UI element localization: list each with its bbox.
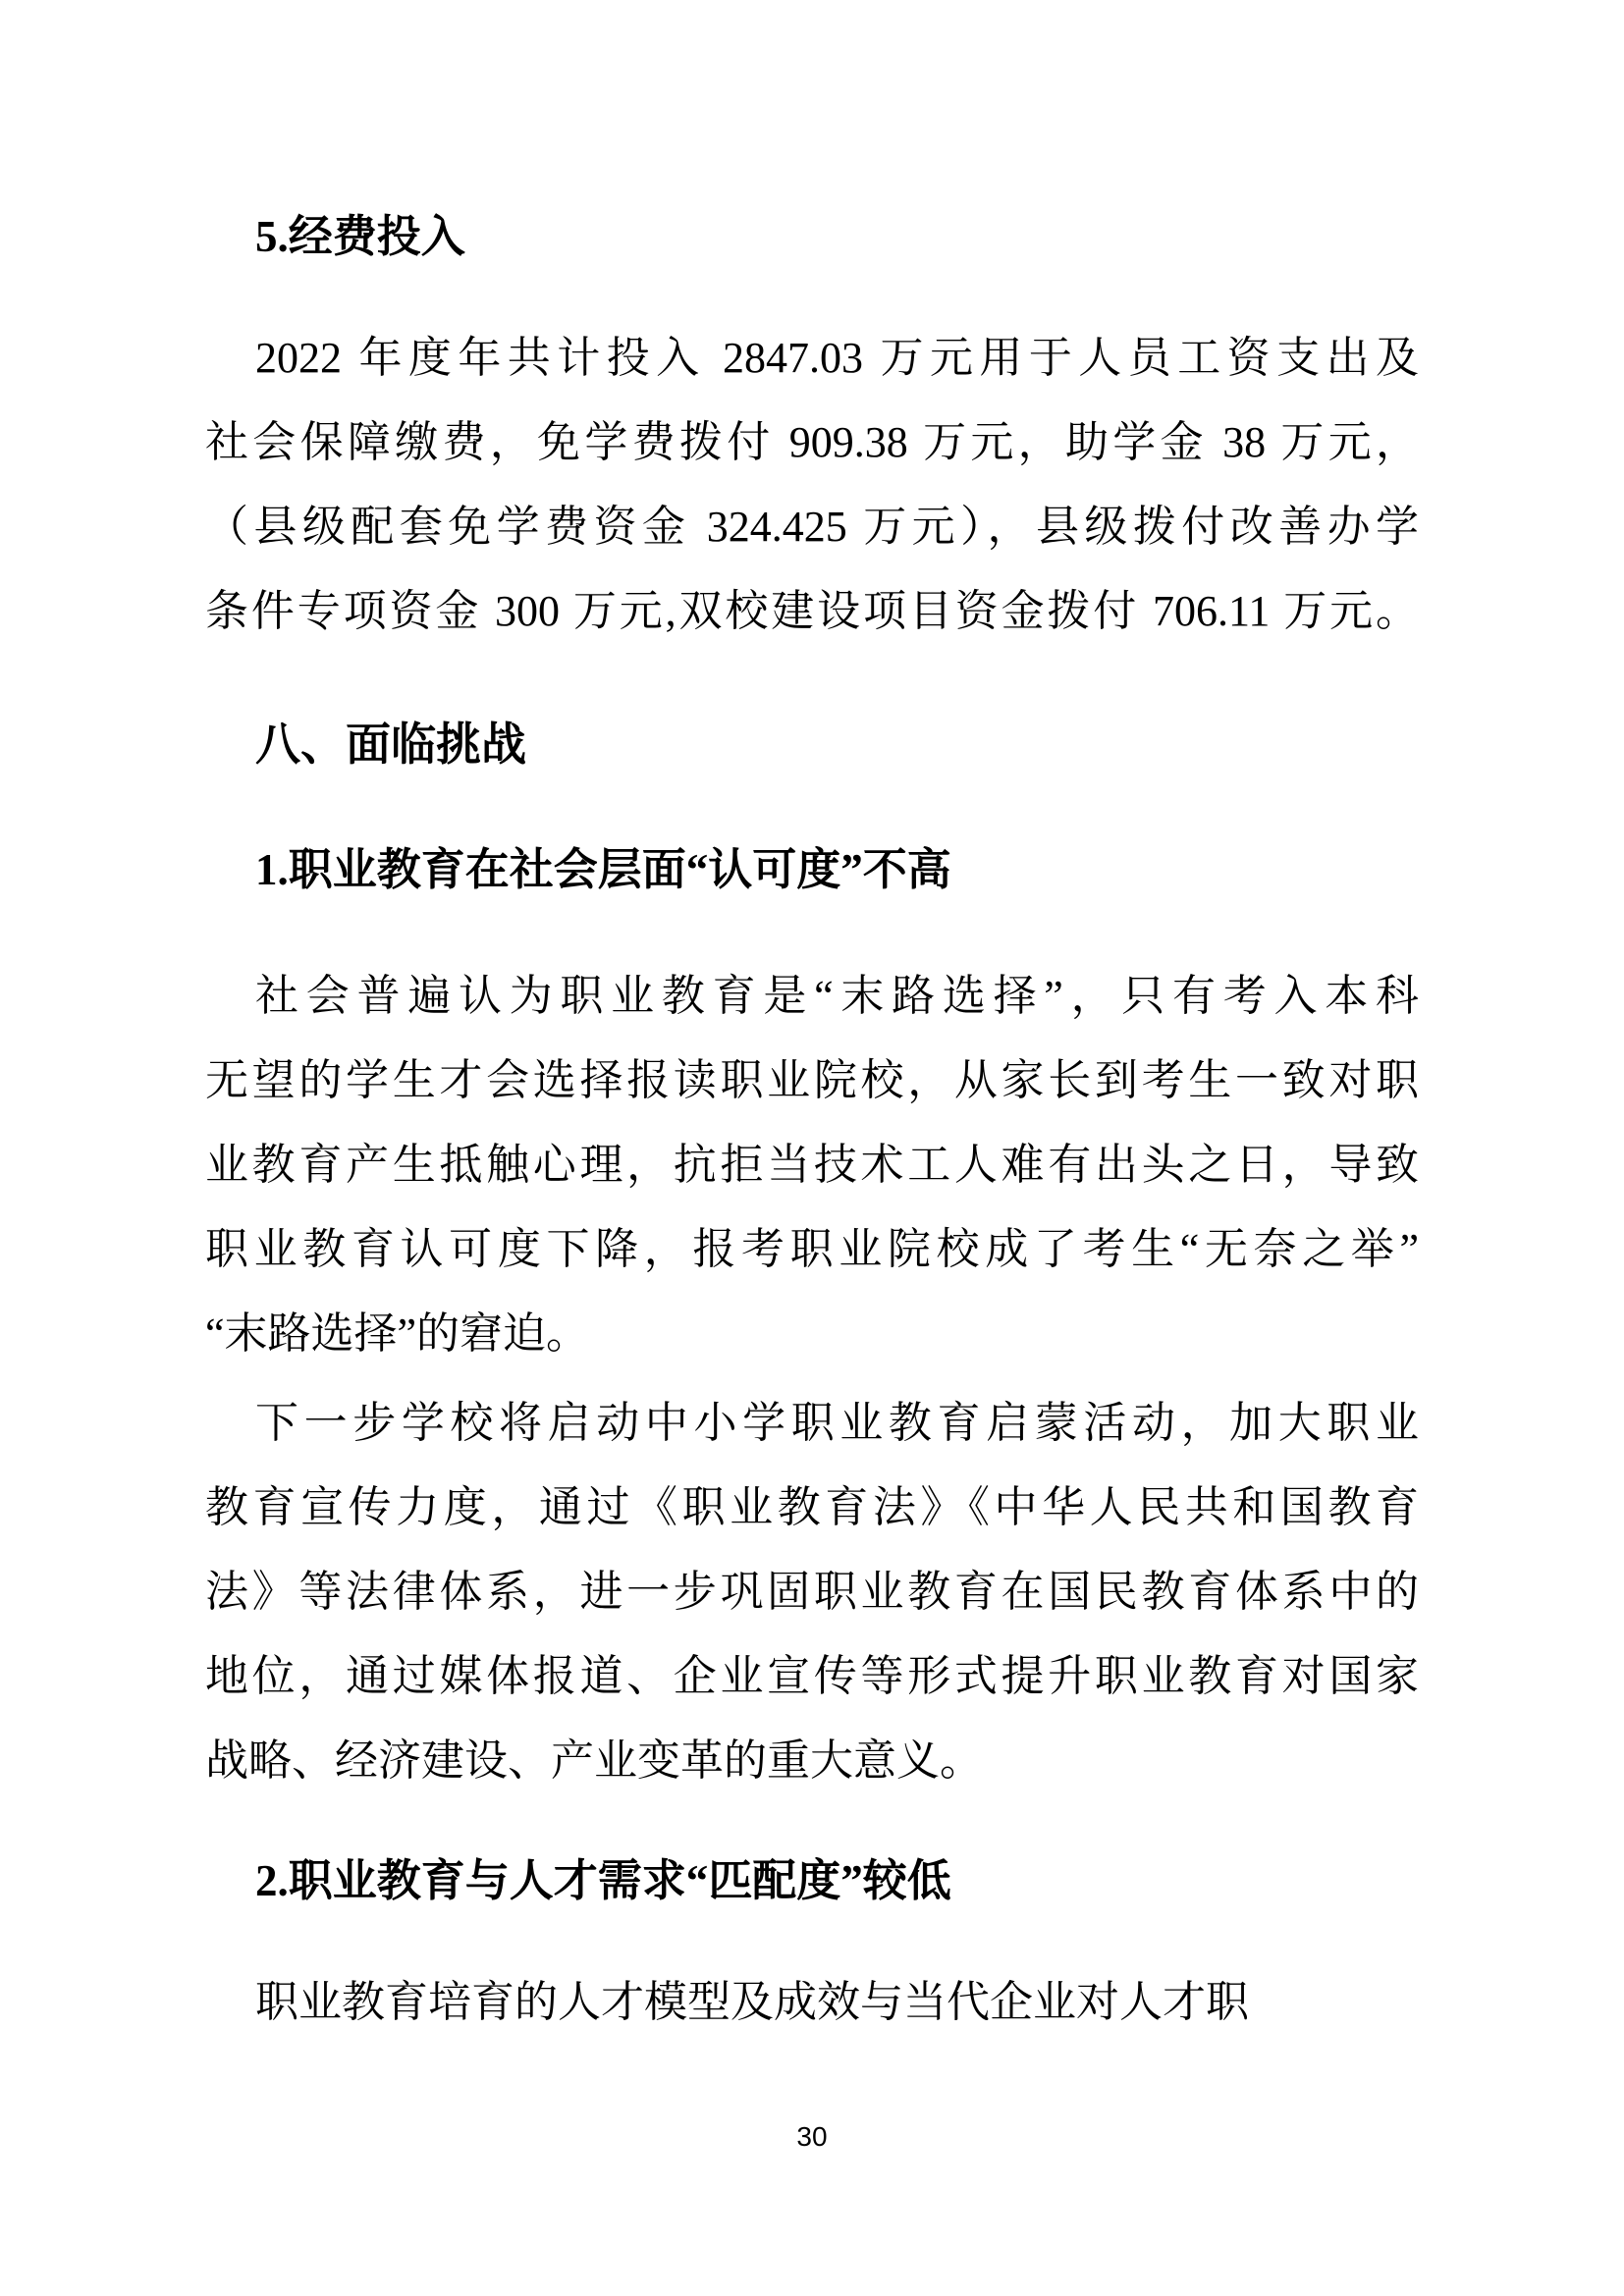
text-line: 地位，通过媒体报道、企业宣传等形式提升职业教育对国家 <box>205 1634 1419 1719</box>
paragraph-matching: 职业教育培育的人才模型及成效与当代企业对人才职 <box>205 1960 1419 2045</box>
text-line: （县级配套免学费资金 324.425 万元），县级拨付改善办学 <box>205 485 1419 569</box>
text-line: “末路选择”的窘迫。 <box>205 1292 1419 1376</box>
paragraph-funding: 2022 年度年共计投入 2847.03 万元用于人员工资支出及 社会保障缴费，… <box>205 316 1419 654</box>
heading-challenge-2: 2.职业教育与人才需求“匹配度”较低 <box>205 1845 1469 1916</box>
document-page: 5.经费投入 2022 年度年共计投入 2847.03 万元用于人员工资支出及 … <box>0 0 1624 2296</box>
heading-funding: 5.经费投入 <box>205 201 1469 272</box>
heading-challenge-1: 1.职业教育在社会层面“认可度”不高 <box>205 834 1469 905</box>
text-line: 职业教育认可度下降，报考职业院校成了考生“无奈之举” <box>205 1207 1419 1292</box>
text-line: 战略、经济建设、产业变革的重大意义。 <box>205 1719 1419 1803</box>
text-line: 条件专项资金 300 万元,双校建设项目资金拨付 706.11 万元。 <box>205 569 1419 654</box>
text-line: 2022 年度年共计投入 2847.03 万元用于人员工资支出及 <box>205 316 1419 400</box>
page-number: 30 <box>0 2120 1624 2154</box>
heading-challenges-section: 八、面临挑战 <box>205 709 1469 779</box>
text-line: 无望的学生才会选择报读职业院校，从家长到考生一致对职 <box>205 1039 1419 1123</box>
text-line: 职业教育培育的人才模型及成效与当代企业对人才职 <box>205 1960 1419 2045</box>
paragraph-next-steps: 下一步学校将启动中小学职业教育启蒙活动，加大职业 教育宣传力度，通过《职业教育法… <box>205 1381 1419 1803</box>
paragraph-recognition: 社会普遍认为职业教育是“末路选择”，只有考入本科 无望的学生才会选择报读职业院校… <box>205 954 1419 1376</box>
text-line: 下一步学校将启动中小学职业教育启蒙活动，加大职业 <box>205 1381 1419 1466</box>
text-line: 法》等法律体系，进一步巩固职业教育在国民教育体系中的 <box>205 1550 1419 1634</box>
text-line: 教育宣传力度，通过《职业教育法》《中华人民共和国教育 <box>205 1466 1419 1550</box>
text-line: 业教育产生抵触心理，抗拒当技术工人难有出头之日，导致 <box>205 1123 1419 1207</box>
text-line: 社会保障缴费，免学费拨付 909.38 万元，助学金 38 万元， <box>205 400 1419 485</box>
text-line: 社会普遍认为职业教育是“末路选择”，只有考入本科 <box>205 954 1419 1039</box>
